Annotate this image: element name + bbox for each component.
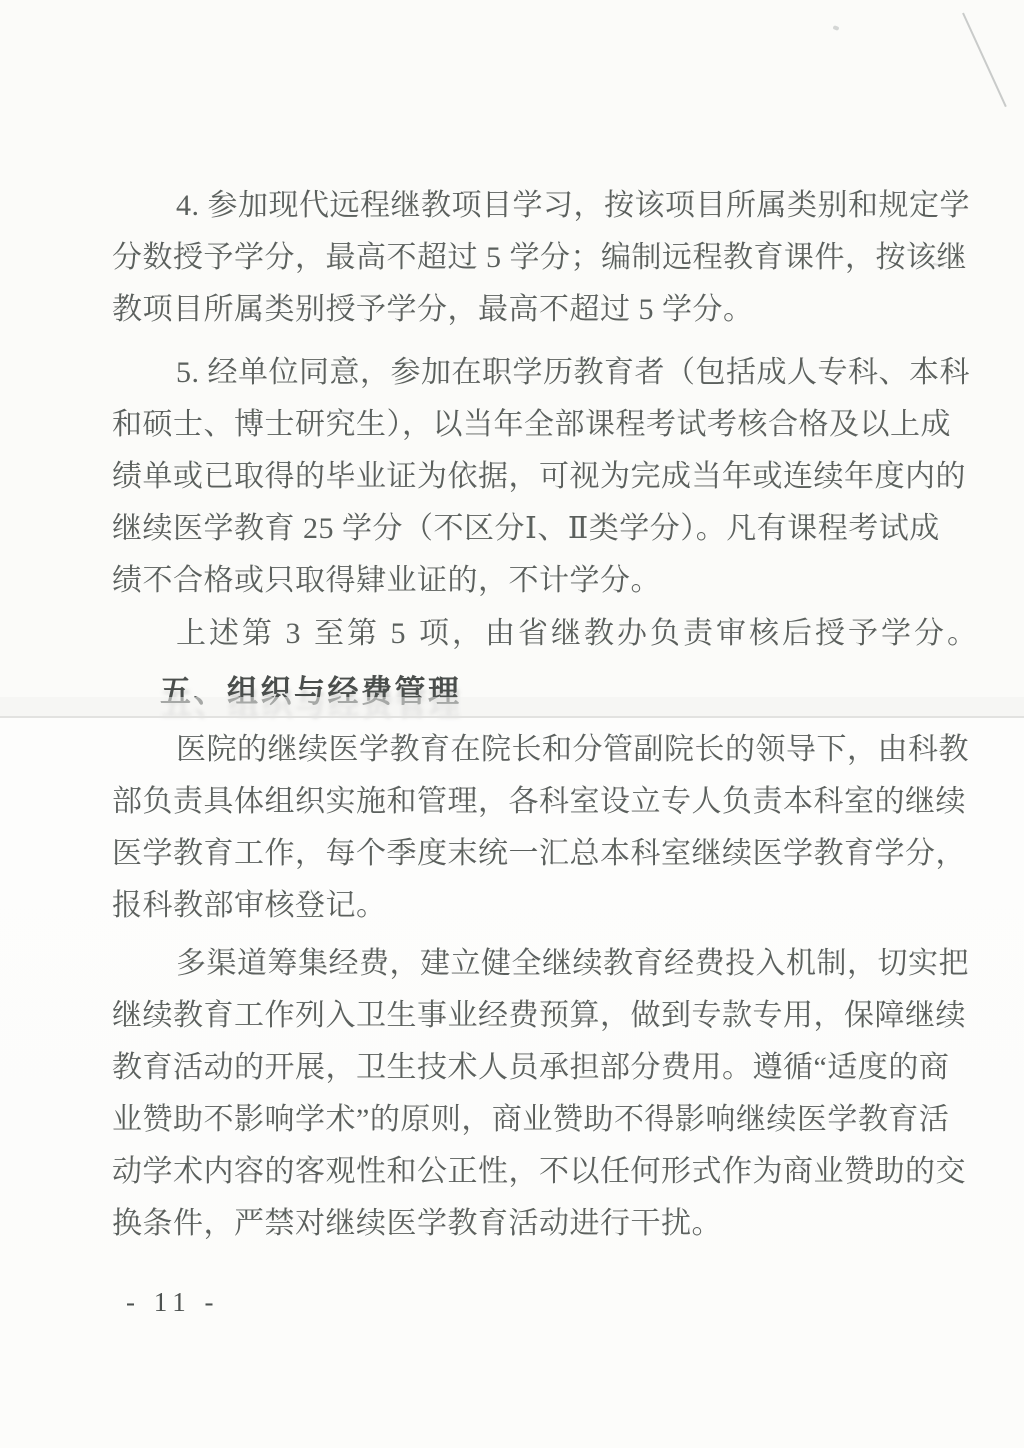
text-line: 报科教部审核登记。 [112, 880, 962, 932]
text-line: 4. 参加现代远程继教项目学习，按该项目所属类别和规定学 [112, 180, 962, 232]
paragraph-item-4: 4. 参加现代远程继教项目学习，按该项目所属类别和规定学 分数授予学分，最高不超… [112, 180, 962, 336]
text-line: 医院的继续医学教育在院长和分管副院长的领导下，由科教 [112, 724, 962, 776]
text-line: 多渠道筹集经费，建立健全继续教育经费投入机制，切实把 [112, 938, 962, 990]
paragraph-organization: 医院的继续医学教育在院长和分管副院长的领导下，由科教 部负责具体组织实施和管理，… [112, 724, 962, 932]
text-line: 5. 经单位同意，参加在职学历教育者（包括成人专科、本科 [112, 347, 962, 399]
paragraph-review-note: 上述第 3 至第 5 项，由省继教办负责审核后授予学分。 [112, 608, 962, 660]
scan-speck-artifact [832, 25, 839, 31]
text-line: 部负责具体组织实施和管理，各科室设立专人负责本科室的继续 [112, 776, 962, 828]
scanned-document-page: 4. 参加现代远程继教项目学习，按该项目所属类别和规定学 分数授予学分，最高不超… [0, 0, 1024, 1448]
text-line: 教育活动的开展，卫生技术人员承担部分费用。遵循“适度的商 [112, 1042, 962, 1094]
text-line: 和硕士、博士研究生），以当年全部课程考试考核合格及以上成 [112, 399, 962, 451]
page-number: - 11 - [126, 1284, 219, 1320]
text-line: 分数授予学分，最高不超过 5 学分；编制远程教育课件，按该继 [112, 232, 962, 284]
paragraph-funding: 多渠道筹集经费，建立健全继续教育经费投入机制，切实把 继续教育工作列入卫生事业经… [112, 938, 962, 1250]
text-line: 换条件，严禁对继续医学教育活动进行干扰。 [112, 1198, 962, 1250]
scan-diagonal-scratch-artifact [962, 13, 1007, 107]
text-line: 继续教育工作列入卫生事业经费预算，做到专款专用，保障继续 [112, 990, 962, 1042]
text-line: 绩单或已取得的毕业证为依据，可视为完成当年或连续年度内的 [112, 451, 962, 503]
text-line: 继续医学教育 25 学分（不区分Ⅰ、Ⅱ类学分）。凡有课程考试成 [112, 503, 962, 555]
text-line: 医学教育工作，每个季度末统一汇总本科室继续医学教育学分， [112, 828, 962, 880]
text-line: 动学术内容的客观性和公正性，不以任何形式作为商业赞助的交 [112, 1146, 962, 1198]
scan-seam-band [0, 697, 1024, 717]
text-line: 业赞助不影响学术”的原则，商业赞助不得影响继续医学教育活 [112, 1094, 962, 1146]
text-line: 教项目所属类别授予学分，最高不超过 5 学分。 [112, 284, 962, 336]
text-line: 上述第 3 至第 5 项，由省继教办负责审核后授予学分。 [112, 608, 962, 660]
scan-seam-line [0, 716, 1024, 718]
text-line: 绩不合格或只取得肄业证的，不计学分。 [112, 555, 962, 607]
paragraph-item-5: 5. 经单位同意，参加在职学历教育者（包括成人专科、本科 和硕士、博士研究生），… [112, 347, 962, 607]
